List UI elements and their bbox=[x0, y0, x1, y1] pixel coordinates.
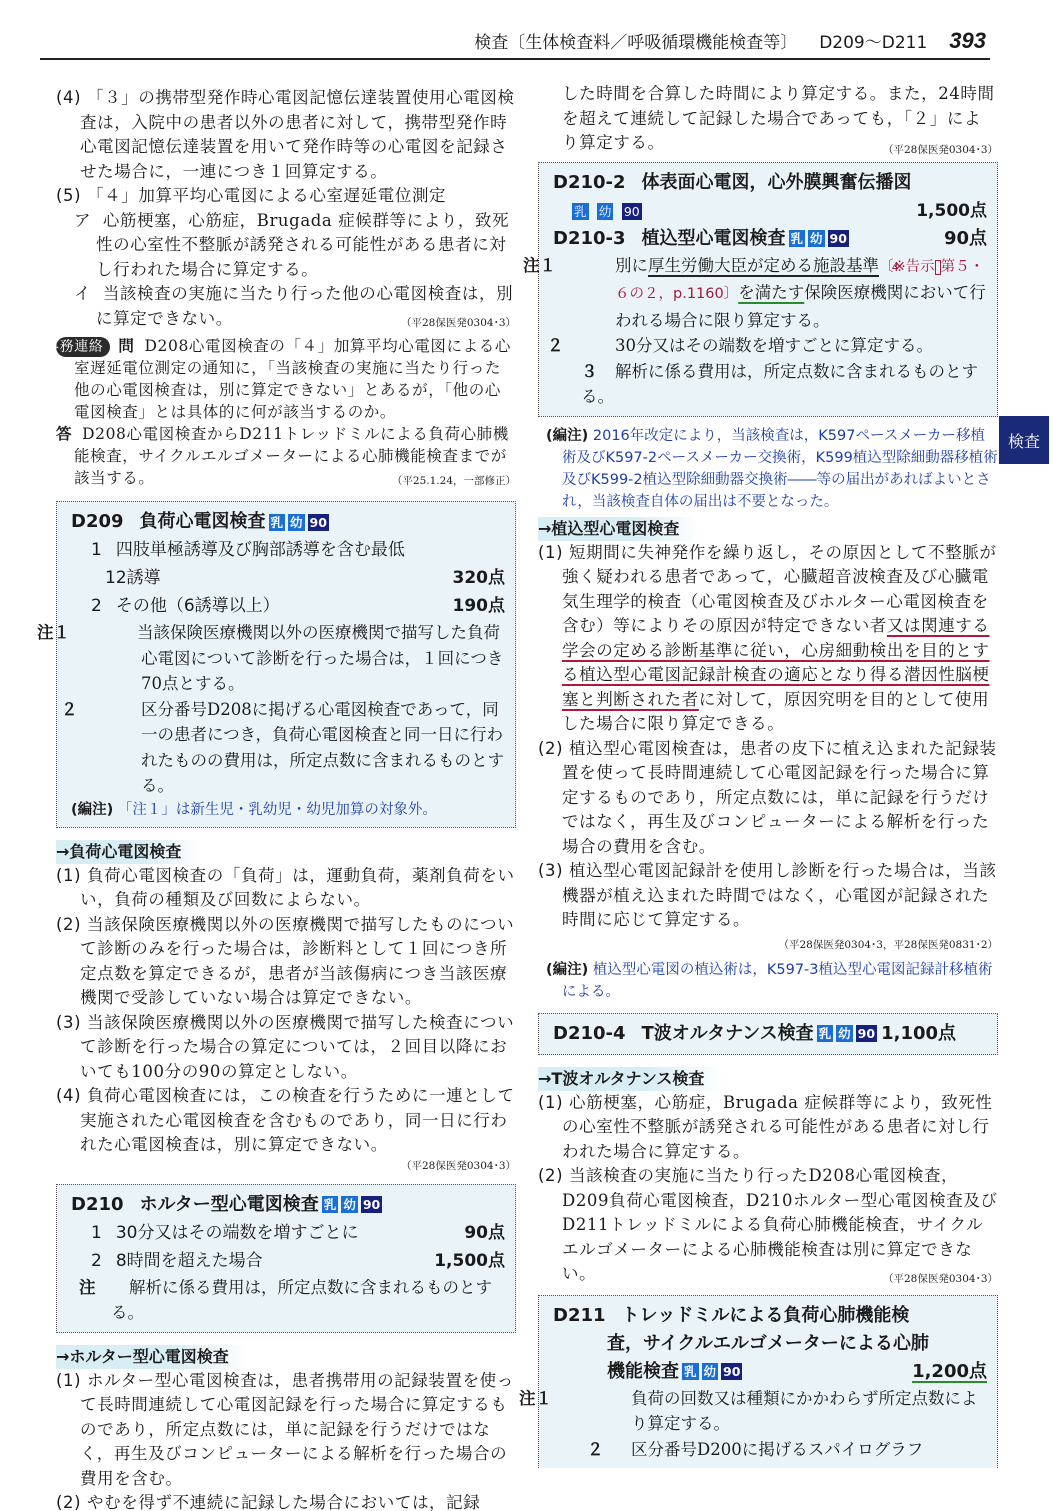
infant-badge: 幼 bbox=[288, 514, 305, 531]
underlined-phrase: 厚生労働大臣が定める施設基準 bbox=[648, 256, 879, 275]
box-note: ２30分又はその端数を増すごとに算定する。 bbox=[553, 333, 987, 359]
d210-3-title: D210-3 植込型心電図検査 乳 幼 90 90点 bbox=[553, 225, 987, 253]
jimu-renraku-badge: 事務連絡 bbox=[56, 337, 110, 357]
points: 320点 bbox=[453, 564, 506, 592]
milk-badge: 乳 bbox=[682, 1363, 699, 1380]
box-note: 注１別に厚生労働大臣が定める施設基準〔※告示4第５・６の２，p.1160〕を満た… bbox=[553, 253, 987, 334]
page-number: 393 bbox=[949, 28, 986, 54]
list-item: (2) 植込型心電図検査は，患者の皮下に植え込まれた記録装置を使って長時間連続し… bbox=[538, 737, 998, 860]
milk-badge: 乳 bbox=[572, 203, 589, 220]
d211-box: D211 トレッドミルによる負荷心肺機能検 査，サイクルエルゴメーターによる心肺… bbox=[538, 1295, 998, 1469]
box-note: 注１負荷の回数又は種類にかかわらず所定点数により算定する。 bbox=[553, 1386, 987, 1437]
d209-title: D209 負荷心電図検査 乳 幼 90 bbox=[71, 508, 505, 536]
section-heading: →T波オルタナンス検査 bbox=[538, 1067, 724, 1091]
ninety-badge: 90 bbox=[856, 1025, 877, 1042]
section-heading: →ホルター型心電図検査 bbox=[56, 1345, 249, 1369]
ninety-badge: 90 bbox=[721, 1363, 742, 1380]
qa-question: 事務連絡問D208心電図検査の「４」加算平均心電図による心室遅延電位測定の通知に… bbox=[56, 335, 516, 423]
list-item: (1) 負荷心電図検査の「負荷」は，運動負荷，薬剤負荷をいい，負荷の種類及び回数… bbox=[56, 864, 516, 913]
box-note: ３解析に係る費用は，所定点数に含まれるものとする。 bbox=[553, 359, 987, 410]
points: 1,500点 bbox=[916, 197, 987, 225]
list-item: (4) 負荷心電図検査には，この検査を行うために一連として実施された心電図検査を… bbox=[56, 1084, 516, 1158]
ninety-badge: 90 bbox=[828, 230, 849, 247]
milk-badge: 乳 bbox=[789, 230, 806, 247]
milk-badge: 乳 bbox=[322, 1196, 339, 1213]
points: 90点 bbox=[464, 1219, 505, 1247]
sub-item: ア 心筋梗塞，心筋症，Brugada 症候群等により，致死性の心室性不整脈が誘発… bbox=[56, 209, 516, 283]
editor-note: (編注) 植込型心電図の植込術は，K597-3植込型心電図記録計移植術による。 bbox=[538, 959, 998, 1003]
points: 1,200点 bbox=[912, 1358, 987, 1386]
list-item: (1) 短期間に失神発作を繰り返し，その原因として不整脈が強く疑われる患者であっ… bbox=[538, 541, 998, 737]
fee-row: 12誘導 320点 bbox=[71, 564, 505, 592]
infant-badge: 幼 bbox=[702, 1363, 719, 1380]
fee-row: 2その他（6誘導以上） 190点 bbox=[71, 592, 505, 620]
milk-badge: 乳 bbox=[269, 514, 286, 531]
ninety-badge: 90 bbox=[308, 514, 329, 531]
fee-row: 130分又はその端数を増すごとに 90点 bbox=[71, 1219, 505, 1247]
points: 1,500点 bbox=[434, 1247, 505, 1275]
list-item: (2) 当該保険医療機関以外の医療機関で描写したものについて診断のみを行った場合… bbox=[56, 913, 516, 1011]
fee-row: 乳 幼 90 1,500点 bbox=[553, 197, 987, 225]
underlined-phrase: を満たす bbox=[738, 283, 804, 302]
list-item: (2) やむを得ず不連続に記録した場合においては，記録 bbox=[56, 1491, 516, 1511]
citation: （平28保医発0304･3） bbox=[56, 1158, 516, 1174]
side-tab-label: 検査 bbox=[1008, 429, 1040, 452]
d210-title: D210 ホルター型心電図検査 乳 幼 90 bbox=[71, 1191, 505, 1219]
points: 90点 bbox=[944, 225, 987, 253]
infant-badge: 幼 bbox=[597, 203, 614, 220]
d210-2-title: D210-2 体表面心電図，心外膜興奮伝播図 bbox=[553, 169, 987, 197]
list-item: (2) 当該検査の実施に当たり行ったD208心電図検査，D209負荷心電図検査，… bbox=[538, 1164, 998, 1287]
ninety-badge: 90 bbox=[622, 203, 642, 220]
side-index-tab[interactable]: 検査 bbox=[999, 416, 1049, 464]
page-header: 検査〔生体検査料／呼吸循環機能検査等〕 D209〜D211 393 bbox=[40, 26, 990, 60]
d210-4-title: D210-4 T波オルタナンス検査 乳 幼 90 1,100点 bbox=[553, 1020, 987, 1048]
section-heading: →植込型心電図検査 bbox=[538, 517, 699, 541]
points: 1,100点 bbox=[881, 1020, 956, 1048]
d210-4-box: D210-4 T波オルタナンス検査 乳 幼 90 1,100点 bbox=[538, 1013, 998, 1055]
fee-row: 1四肢単極誘導及び胸部誘導を含む最低 bbox=[71, 536, 505, 564]
infant-badge: 幼 bbox=[808, 230, 825, 247]
infant-badge: 幼 bbox=[836, 1025, 853, 1042]
editor-note: (編注) 2016年改定により，当該検査は，K597ペースメーカー移植術及びK5… bbox=[538, 425, 998, 513]
ninety-badge: 90 bbox=[361, 1196, 382, 1213]
box-note: 注解析に係る費用は，所定点数に含まれるものとする。 bbox=[71, 1275, 505, 1326]
citation: （平28保医発0304･3） bbox=[538, 1271, 998, 1287]
editor-note: (編注) 「注１」は新生児・乳幼児・幼児加算の対象外。 bbox=[71, 799, 505, 821]
section-heading: →負荷心電図検査 bbox=[56, 840, 201, 864]
list-item: (3) 植込型心電図記録計を使用し診断を行った場合は，当該機器が植え込まれた時間… bbox=[538, 859, 998, 933]
box-note: ２区分番号D208に掲げる心電図検査であって，同一の患者につき，負荷心電図検査と… bbox=[71, 697, 505, 799]
list-item: (3) 当該保険医療機関以外の医療機関で描写した検査について診断を行った場合の算… bbox=[56, 1011, 516, 1085]
d211-title: D211 トレッドミルによる負荷心肺機能検 bbox=[553, 1302, 987, 1330]
list-item: (1) ホルター型心電図検査は，患者携帯用の記録装置を使って長時間連続して心電図… bbox=[56, 1369, 516, 1492]
milk-badge: 乳 bbox=[817, 1025, 834, 1042]
citation: （平28保医発0304･3，平28保医発0831･2） bbox=[538, 937, 998, 953]
points: 190点 bbox=[453, 592, 506, 620]
box-note: 注１当該保険医療機関以外の医療機関で描写した負荷心電図について診断を行った場合は… bbox=[71, 620, 505, 697]
infant-badge: 幼 bbox=[341, 1196, 358, 1213]
d209-box: D209 負荷心電図検査 乳 幼 90 1四肢単極誘導及び胸部誘導を含む最低 1… bbox=[56, 501, 516, 828]
fee-row: 28時間を超えた場合 1,500点 bbox=[71, 1247, 505, 1275]
list-item: (5) 「４」加算平均心電図による心室遅延電位測定 bbox=[56, 184, 516, 209]
right-column: した時間を合算した時間により算定する。また，24時間を超えて連続して記録した場合… bbox=[538, 84, 998, 1476]
list-item: (1) 心筋梗塞，心筋症，Brugada 症候群等により，致死性の心室性不整脈が… bbox=[538, 1091, 998, 1165]
header-section: 検査〔生体検査料／呼吸循環機能検査等〕 bbox=[474, 28, 797, 53]
d210-2-3-box: D210-2 体表面心電図，心外膜興奮伝播図 乳 幼 90 1,500点 D21… bbox=[538, 162, 998, 417]
box-note: ２区分番号D200に掲げるスパイログラフ bbox=[553, 1437, 987, 1463]
d210-box: D210 ホルター型心電図検査 乳 幼 90 130分又はその端数を増すごとに … bbox=[56, 1184, 516, 1333]
left-column: (4) 「３」の携帯型発作時心電図記憶伝達装置使用心電図検査は，入院中の患者以外… bbox=[56, 84, 516, 1511]
header-range: D209〜D211 bbox=[819, 28, 927, 53]
list-item: (4) 「３」の携帯型発作時心電図記憶伝達装置使用心電図検査は，入院中の患者以外… bbox=[56, 86, 516, 184]
